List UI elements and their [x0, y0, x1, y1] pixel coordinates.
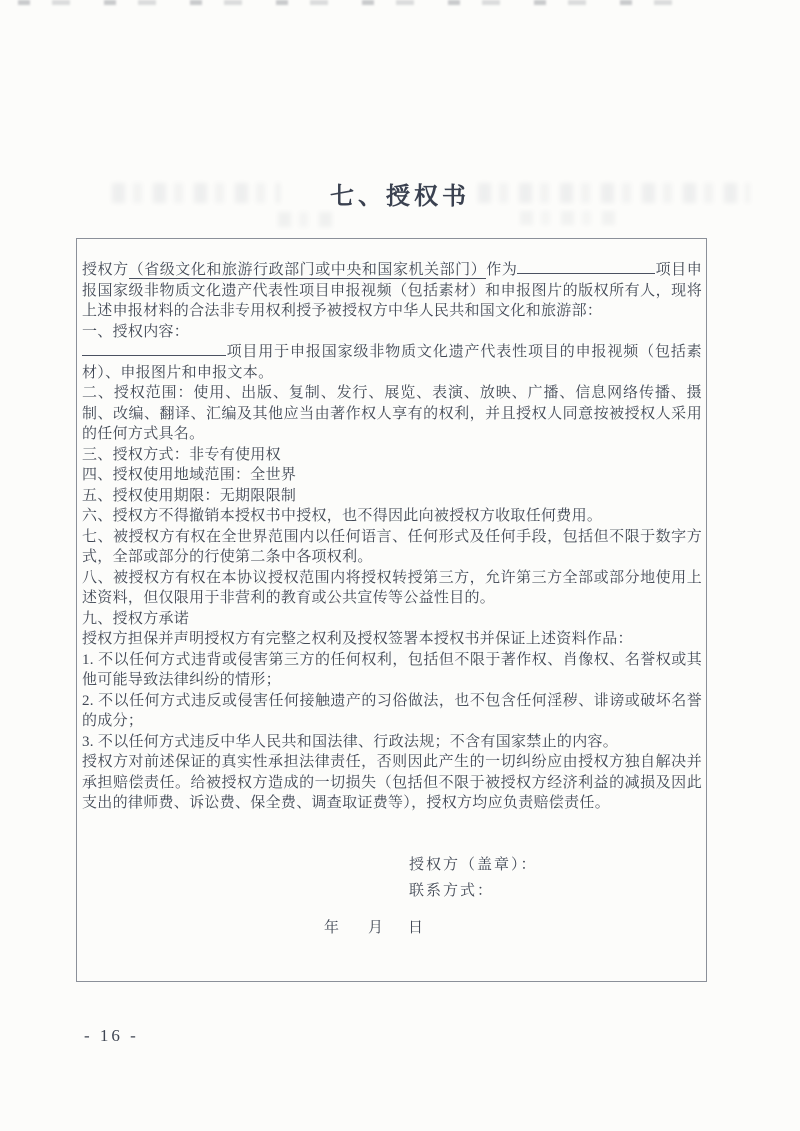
- date-month-label: 月: [368, 920, 385, 936]
- clause-8-sublicense: 八、被授权方有权在本协议授权范围内将授权转授第三方，允许第三方全部或部分地使用上…: [82, 568, 702, 609]
- clause-6-irrevocable: 六、授权方不得撤销本授权书中授权，也不得因此向被授权方收取任何费用。: [82, 506, 702, 527]
- liability-paragraph: 授权方对前述保证的真实性承担法律责任，否则因此产生的一切纠纷应由授权方独自解决并…: [82, 752, 702, 814]
- date-year-label: 年: [324, 920, 341, 936]
- intro-pre-text: 授权方: [82, 262, 129, 278]
- authorizer-seal-label: 授权方（盖章）：: [324, 852, 702, 878]
- warranty-item-1: 1. 不以任何方式违背或侵害第三方的任何权利，包括但不限于著作权、肖像权、名誉权…: [82, 650, 702, 691]
- clause-5-term: 五、授权使用期限：无期限限制: [82, 486, 702, 507]
- authorization-form-box: 授权方（省级文化和旅游行政部门或中央和国家机关部门）作为项目申报国家级非物质文化…: [76, 238, 707, 982]
- page-title: 七、授权书: [0, 176, 800, 211]
- clause-4-territory: 四、授权使用地域范围：全世界: [82, 465, 702, 486]
- intro-conj-text: 作为: [486, 262, 517, 278]
- date-line: 年月日: [324, 916, 702, 940]
- date-day-label: 日: [408, 920, 425, 936]
- clause-3-method: 三、授权方式：非专有使用权: [82, 445, 702, 466]
- warranty-item-3: 3. 不以任何方式违反中华人民共和国法律、行政法规；不含有国家禁止的内容。: [82, 732, 702, 753]
- scan-artifact-ghost-text: [278, 212, 340, 227]
- warranty-item-2: 2. 不以任何方式违反或侵害任何接触遗产的习俗做法，也不包含任何淫秽、诽谤或破坏…: [82, 691, 702, 732]
- clause-1-body: 项目用于申报国家级非物质文化遗产代表性项目的申报视频（包括素材）、申报图片和申报…: [82, 342, 702, 383]
- authorizer-type-underlined: （省级文化和旅游行政部门或中央和国家机关部门）: [129, 262, 487, 279]
- scan-artifact-top-edge: [18, 0, 678, 5]
- scanned-page: 七、授权书 授权方（省级文化和旅游行政部门或中央和国家机关部门）作为项目申报国家…: [0, 0, 800, 1131]
- intro-paragraph: 授权方（省级文化和旅游行政部门或中央和国家机关部门）作为项目申报国家级非物质文化…: [82, 260, 702, 322]
- clause-9-warranty-intro: 授权方担保并声明授权方有完整之权利及授权签署本授权书并保证上述资料作品：: [82, 629, 702, 650]
- project-name-blank: [517, 260, 655, 274]
- page-number: - 16 -: [84, 1026, 139, 1046]
- project-name-blank-2: [82, 342, 226, 356]
- signature-block: 授权方（盖章）： 联系方式： 年月日: [324, 852, 702, 940]
- clause-1-heading: 一、授权内容：: [82, 322, 702, 343]
- scan-artifact-ghost-text: [520, 211, 616, 225]
- clause-7-worldwide-rights: 七、被授权方有权在全世界范围内以任何语言、任何形式及任何手段，包括但不限于数字方…: [82, 527, 702, 568]
- clause-9-heading: 九、授权方承诺: [82, 609, 702, 630]
- contact-label: 联系方式：: [324, 878, 702, 904]
- clause-2-scope: 二、授权范围：使用、出版、复制、发行、展览、表演、放映、广播、信息网络传播、摄制…: [82, 383, 702, 445]
